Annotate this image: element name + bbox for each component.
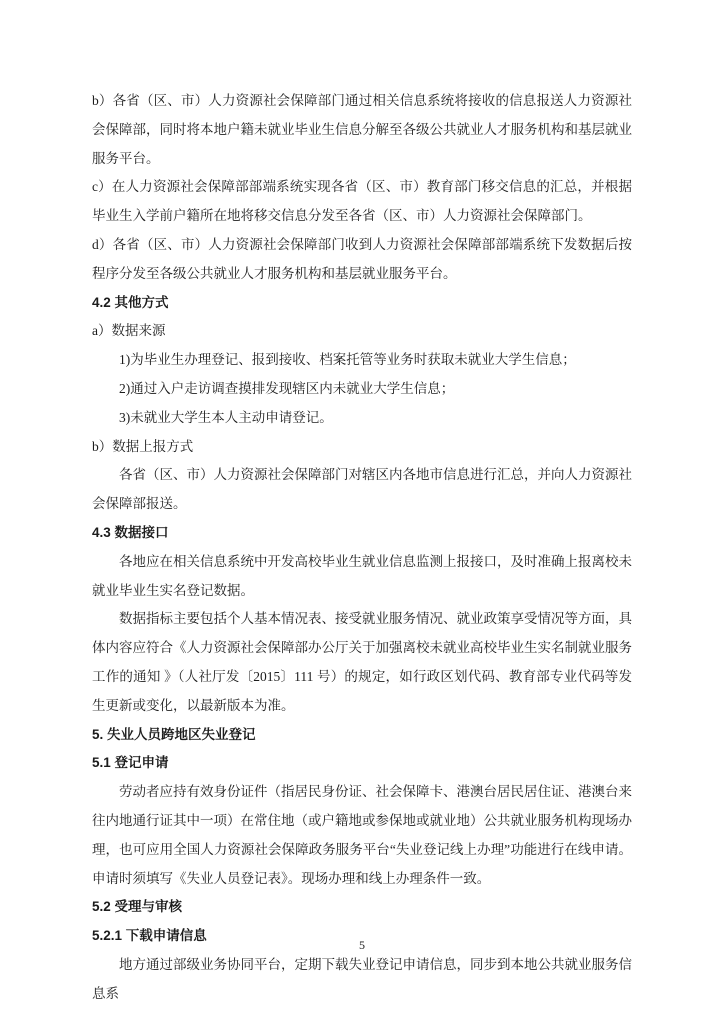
paragraph-item-b-report-method: b）数据上报方式 [92, 433, 632, 462]
paragraph-registration-application: 劳动者应持有效身份证件（指居民身份证、社会保障卡、港澳台居民居住证、港澳台来往内… [92, 778, 632, 893]
paragraph-item-b: b）各省（区、市）人力资源社会保障部门通过相关信息系统将接收的信息报送人力资源社… [92, 87, 632, 173]
page-number: 5 [0, 938, 724, 953]
paragraph-report-summary: 各省（区、市）人力资源社会保障部门对辖区内各地市信息进行汇总，并向人力资源社会保… [92, 461, 632, 519]
subitem-1: 1)为毕业生办理登记、报到接收、档案托管等业务时获取未就业大学生信息； [92, 346, 632, 375]
heading-4-2: 4.2 其他方式 [92, 289, 632, 318]
document-content: b）各省（区、市）人力资源社会保障部门通过相关信息系统将接收的信息报送人力资源社… [92, 87, 632, 1009]
heading-5-2: 5.2 受理与审核 [92, 893, 632, 922]
subitem-2: 2)通过入户走访调查摸排发现辖区内未就业大学生信息； [92, 375, 632, 404]
heading-5-1: 5.1 登记申请 [92, 749, 632, 778]
paragraph-data-indicators: 数据指标主要包括个人基本情况表、接受就业服务情况、就业政策享受情况等方面，具体内… [92, 605, 632, 720]
subitem-3: 3)未就业大学生本人主动申请登记。 [92, 404, 632, 433]
paragraph-download-info: 地方通过部级业务协同平台，定期下载失业登记申请信息，同步到本地公共就业服务信息系 [92, 951, 632, 1009]
heading-4-3: 4.3 数据接口 [92, 519, 632, 548]
paragraph-item-d: d）各省（区、市）人力资源社会保障部门收到人力资源社会保障部部端系统下发数据后按… [92, 231, 632, 289]
paragraph-interface: 各地应在相关信息系统中开发高校毕业生就业信息监测上报接口，及时准确上报离校未就业… [92, 548, 632, 606]
document-page: b）各省（区、市）人力资源社会保障部门通过相关信息系统将接收的信息报送人力资源社… [0, 0, 724, 1024]
paragraph-item-a-data-source: a）数据来源 [92, 317, 632, 346]
heading-5: 5. 失业人员跨地区失业登记 [92, 721, 632, 750]
paragraph-item-c: c）在人力资源社会保障部部端系统实现各省（区、市）教育部门移交信息的汇总，并根据… [92, 173, 632, 231]
